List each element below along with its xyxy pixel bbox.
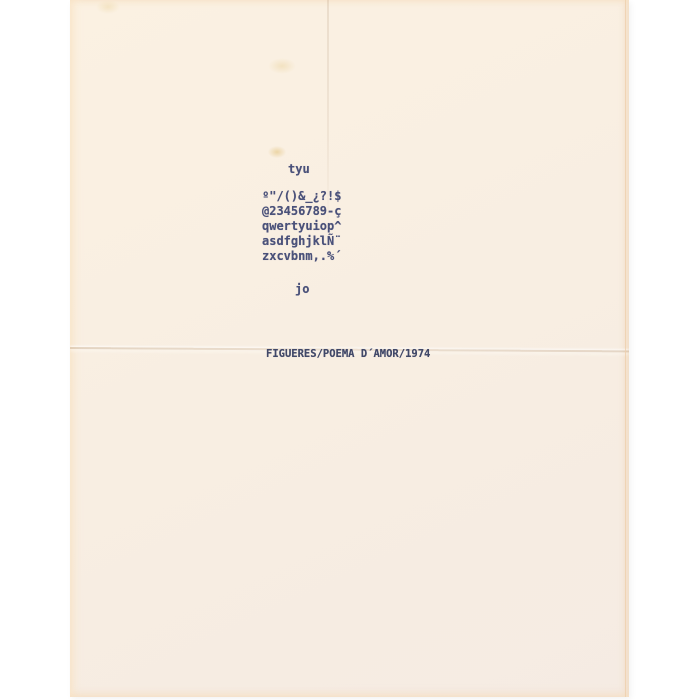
typed-line-bottom-row: zxcvbnm,.%´ (262, 250, 341, 262)
typed-line-tyu: tyu (288, 163, 310, 175)
typed-line-symbols-row: º"/()&_¿?!$ (262, 190, 341, 202)
vertical-fold-crease (327, 0, 329, 220)
typed-line-number-row: @23456789-ç (262, 205, 341, 217)
photograph-background: tyu º"/()&_¿?!$ @23456789-ç qwertyuiop^ … (0, 0, 700, 700)
typed-line-jo: jo (295, 283, 309, 295)
paper-edge (625, 0, 626, 697)
typed-line-qwerty-row: qwertyuiop^ (262, 220, 341, 232)
paper-stain (96, 0, 120, 14)
paper-stain (268, 146, 286, 158)
paper-stain (268, 58, 296, 74)
caption-title-line: FIGUERES/POEMA D´AMOR/1974 (266, 348, 430, 360)
typed-line-home-row: asdfghjklÑ¨ (262, 235, 341, 247)
paper-sheet: tyu º"/()&_¿?!$ @23456789-ç qwertyuiop^ … (70, 0, 629, 697)
